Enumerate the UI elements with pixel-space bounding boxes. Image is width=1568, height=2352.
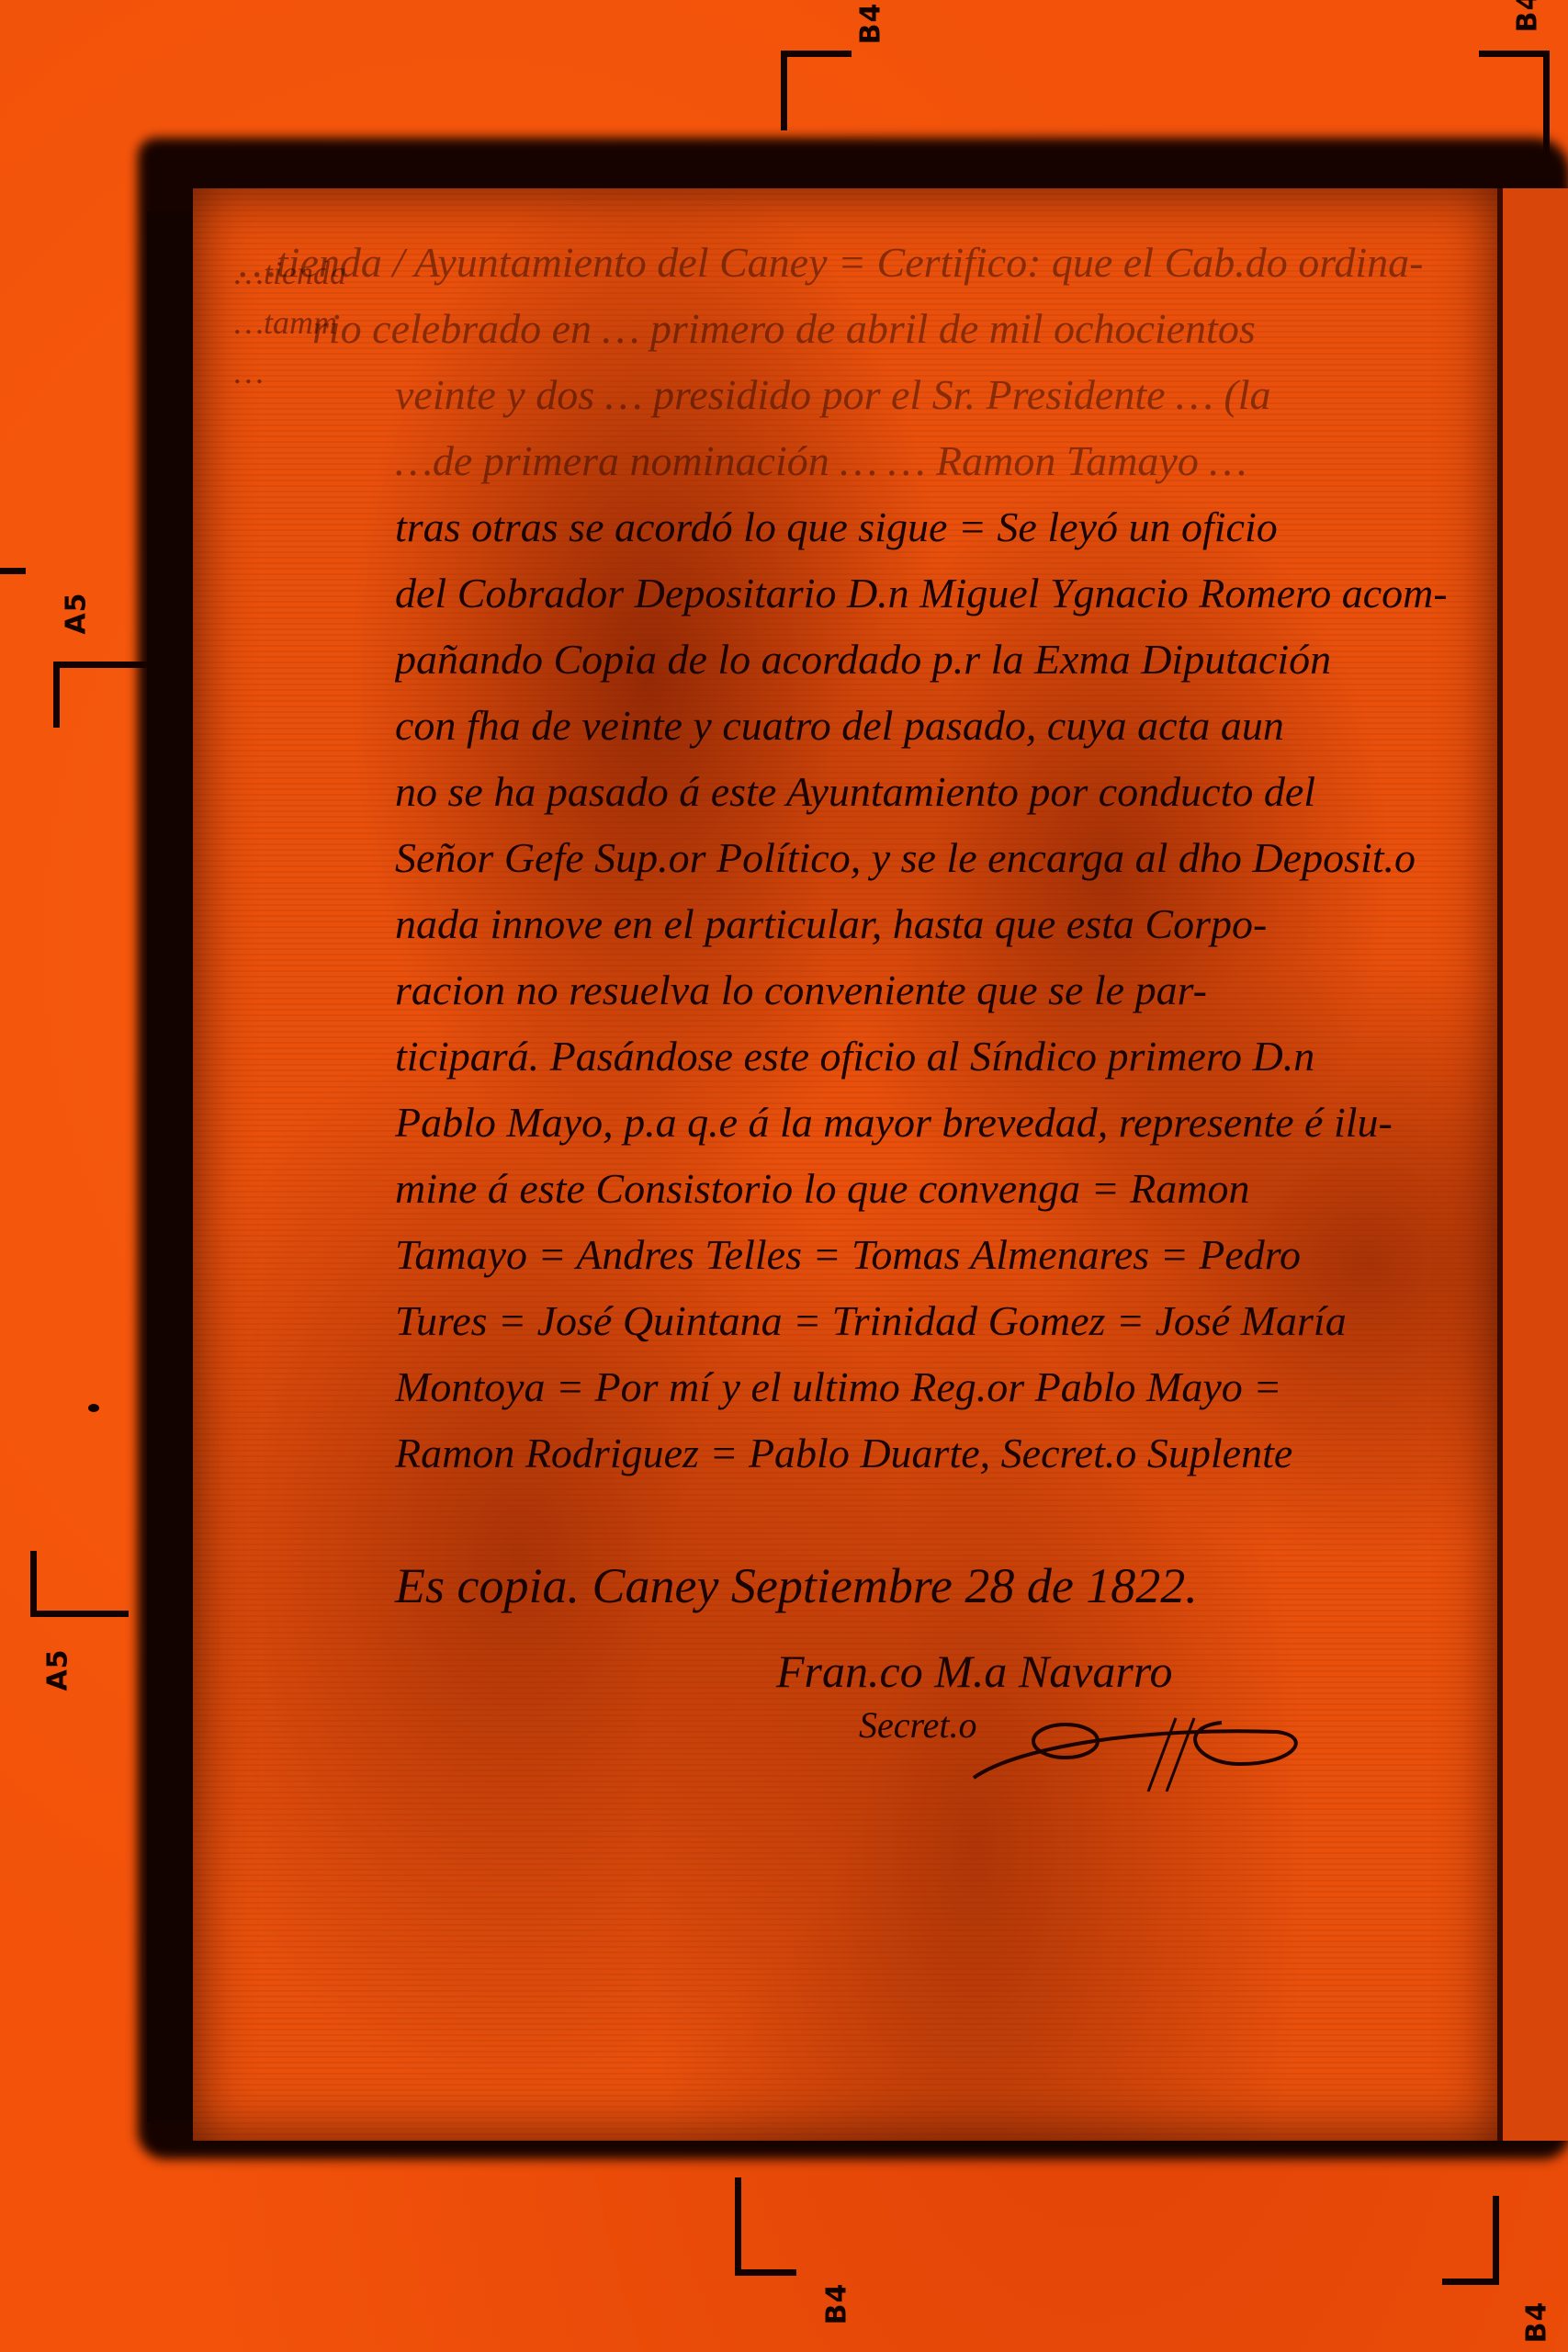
punch-hole-dot xyxy=(88,1404,99,1412)
body-line: con fha de veinte y cuatro del pasado, c… xyxy=(395,693,1497,759)
crop-label-bottom-left: B4 xyxy=(820,2283,852,2325)
body-line: …de primera nominación … … Ramon Tamayo … xyxy=(395,428,1497,494)
crop-label-left-lower: A5 xyxy=(42,1648,74,1690)
adjacent-page-edge xyxy=(1497,188,1568,2141)
body-line: …tienda / Ayuntamiento del Caney = Certi… xyxy=(239,230,1497,296)
body-line: Montoya = Por mí y el ultimo Reg.or Pabl… xyxy=(395,1354,1497,1420)
body-line: no se ha pasado á este Ayuntamiento por … xyxy=(395,759,1497,825)
body-line: veinte y dos … presidido por el Sr. Pres… xyxy=(395,362,1497,428)
body-line: Tamayo = Andres Telles = Tomas Almenares… xyxy=(395,1222,1497,1288)
crop-label-top-left: B4 xyxy=(854,3,886,45)
body-line: nada innove en el particular, hasta que … xyxy=(395,891,1497,957)
certification-closing: Es copia. Caney Septiembre 28 de 1822. xyxy=(395,1557,1497,1614)
crop-marker-bottom-left xyxy=(735,2177,796,2276)
body-line: Señor Gefe Sup.or Político, y se le enca… xyxy=(395,825,1497,891)
body-line: pañando Copia de lo acordado p.r la Exma… xyxy=(395,627,1497,693)
body-line: Ramon Rodriguez = Pablo Duarte, Secret.o… xyxy=(395,1420,1497,1487)
crop-label-bottom-right: B4 xyxy=(1520,2301,1552,2344)
body-line: del Cobrador Depositario D.n Miguel Ygna… xyxy=(395,560,1497,627)
body-line: mine á este Consistorio lo que convenga … xyxy=(395,1156,1497,1222)
page-binding-edge xyxy=(147,211,193,2122)
crop-label-left-upper: A5 xyxy=(61,592,93,634)
edge-tick-left xyxy=(0,568,26,574)
manuscript-body: …tienda / Ayuntamiento del Caney = Certi… xyxy=(395,230,1497,1487)
crop-marker-left-lower xyxy=(30,1551,129,1617)
signature-flourish-icon xyxy=(964,1690,1314,1792)
body-line: tras otras se acordó lo que sigue = Se l… xyxy=(395,494,1497,560)
body-line: Pablo Mayo, p.a q.e á la mayor brevedad,… xyxy=(395,1090,1497,1156)
body-line: ticipará. Pasándose este oficio al Síndi… xyxy=(395,1023,1497,1090)
crop-marker-top-left xyxy=(781,51,852,130)
body-line: Tures = José Quintana = Trinidad Gomez =… xyxy=(395,1288,1497,1354)
body-line: racion no resuelva lo conveniente que se… xyxy=(395,957,1497,1023)
body-line: rio celebrado en … primero de abril de m… xyxy=(312,296,1497,362)
crop-label-top-right: B4 xyxy=(1511,0,1543,32)
crop-marker-bottom-right xyxy=(1442,2196,1499,2285)
